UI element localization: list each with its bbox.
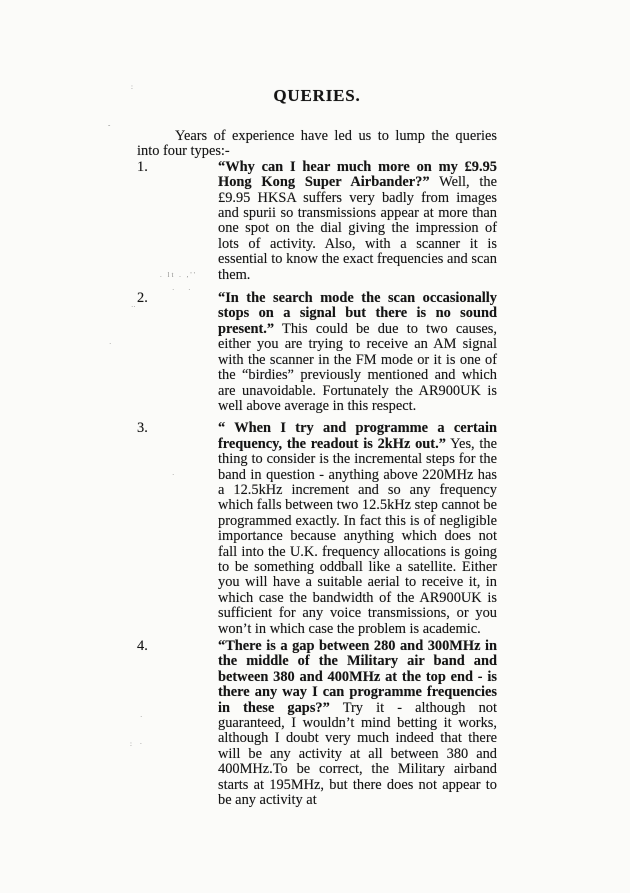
intro-paragraph: Years of experience have led us to lump … (137, 129, 497, 160)
scan-artifact: · (109, 341, 111, 348)
item-answer: Try it - although not guaranteed, I woul… (218, 700, 497, 808)
scan-artifact: - (108, 122, 110, 129)
scan-artifact: ·· (131, 304, 136, 311)
item-text: “ When I try and programme a certain fre… (218, 421, 497, 637)
query-item-2: 2. “In the search mode the scan occasion… (137, 291, 497, 414)
item-answer: Yes, the thing to consider is the increm… (218, 436, 497, 637)
item-number: 3. (137, 421, 218, 436)
document-page: QUERIES. Years of experience have led us… (137, 86, 497, 808)
query-item-1: 1. “Why can I hear much more on my £9.95… (137, 160, 497, 283)
page-title: QUERIES. (137, 86, 497, 106)
item-text: “There is a gap between 280 and 300MHz i… (218, 639, 497, 808)
item-answer: Well, the £9.95 HKSA suffers very badly … (218, 174, 497, 282)
item-number: 1. (137, 160, 218, 175)
query-item-3: 3. “ When I try and programme a certain … (137, 421, 497, 637)
scan-artifact: : (131, 84, 133, 91)
scanned-page-background: { "colors": { "paper": "#fbfbf9", "ink":… (0, 0, 630, 893)
item-number: 4. (137, 639, 218, 654)
query-item-4: 4. “There is a gap between 280 and 300MH… (137, 639, 497, 808)
item-number: 2. (137, 291, 218, 306)
item-text: “In the search mode the scan occasionall… (218, 291, 497, 414)
item-text: “Why can I hear much more on my £9.95 Ho… (218, 160, 497, 283)
